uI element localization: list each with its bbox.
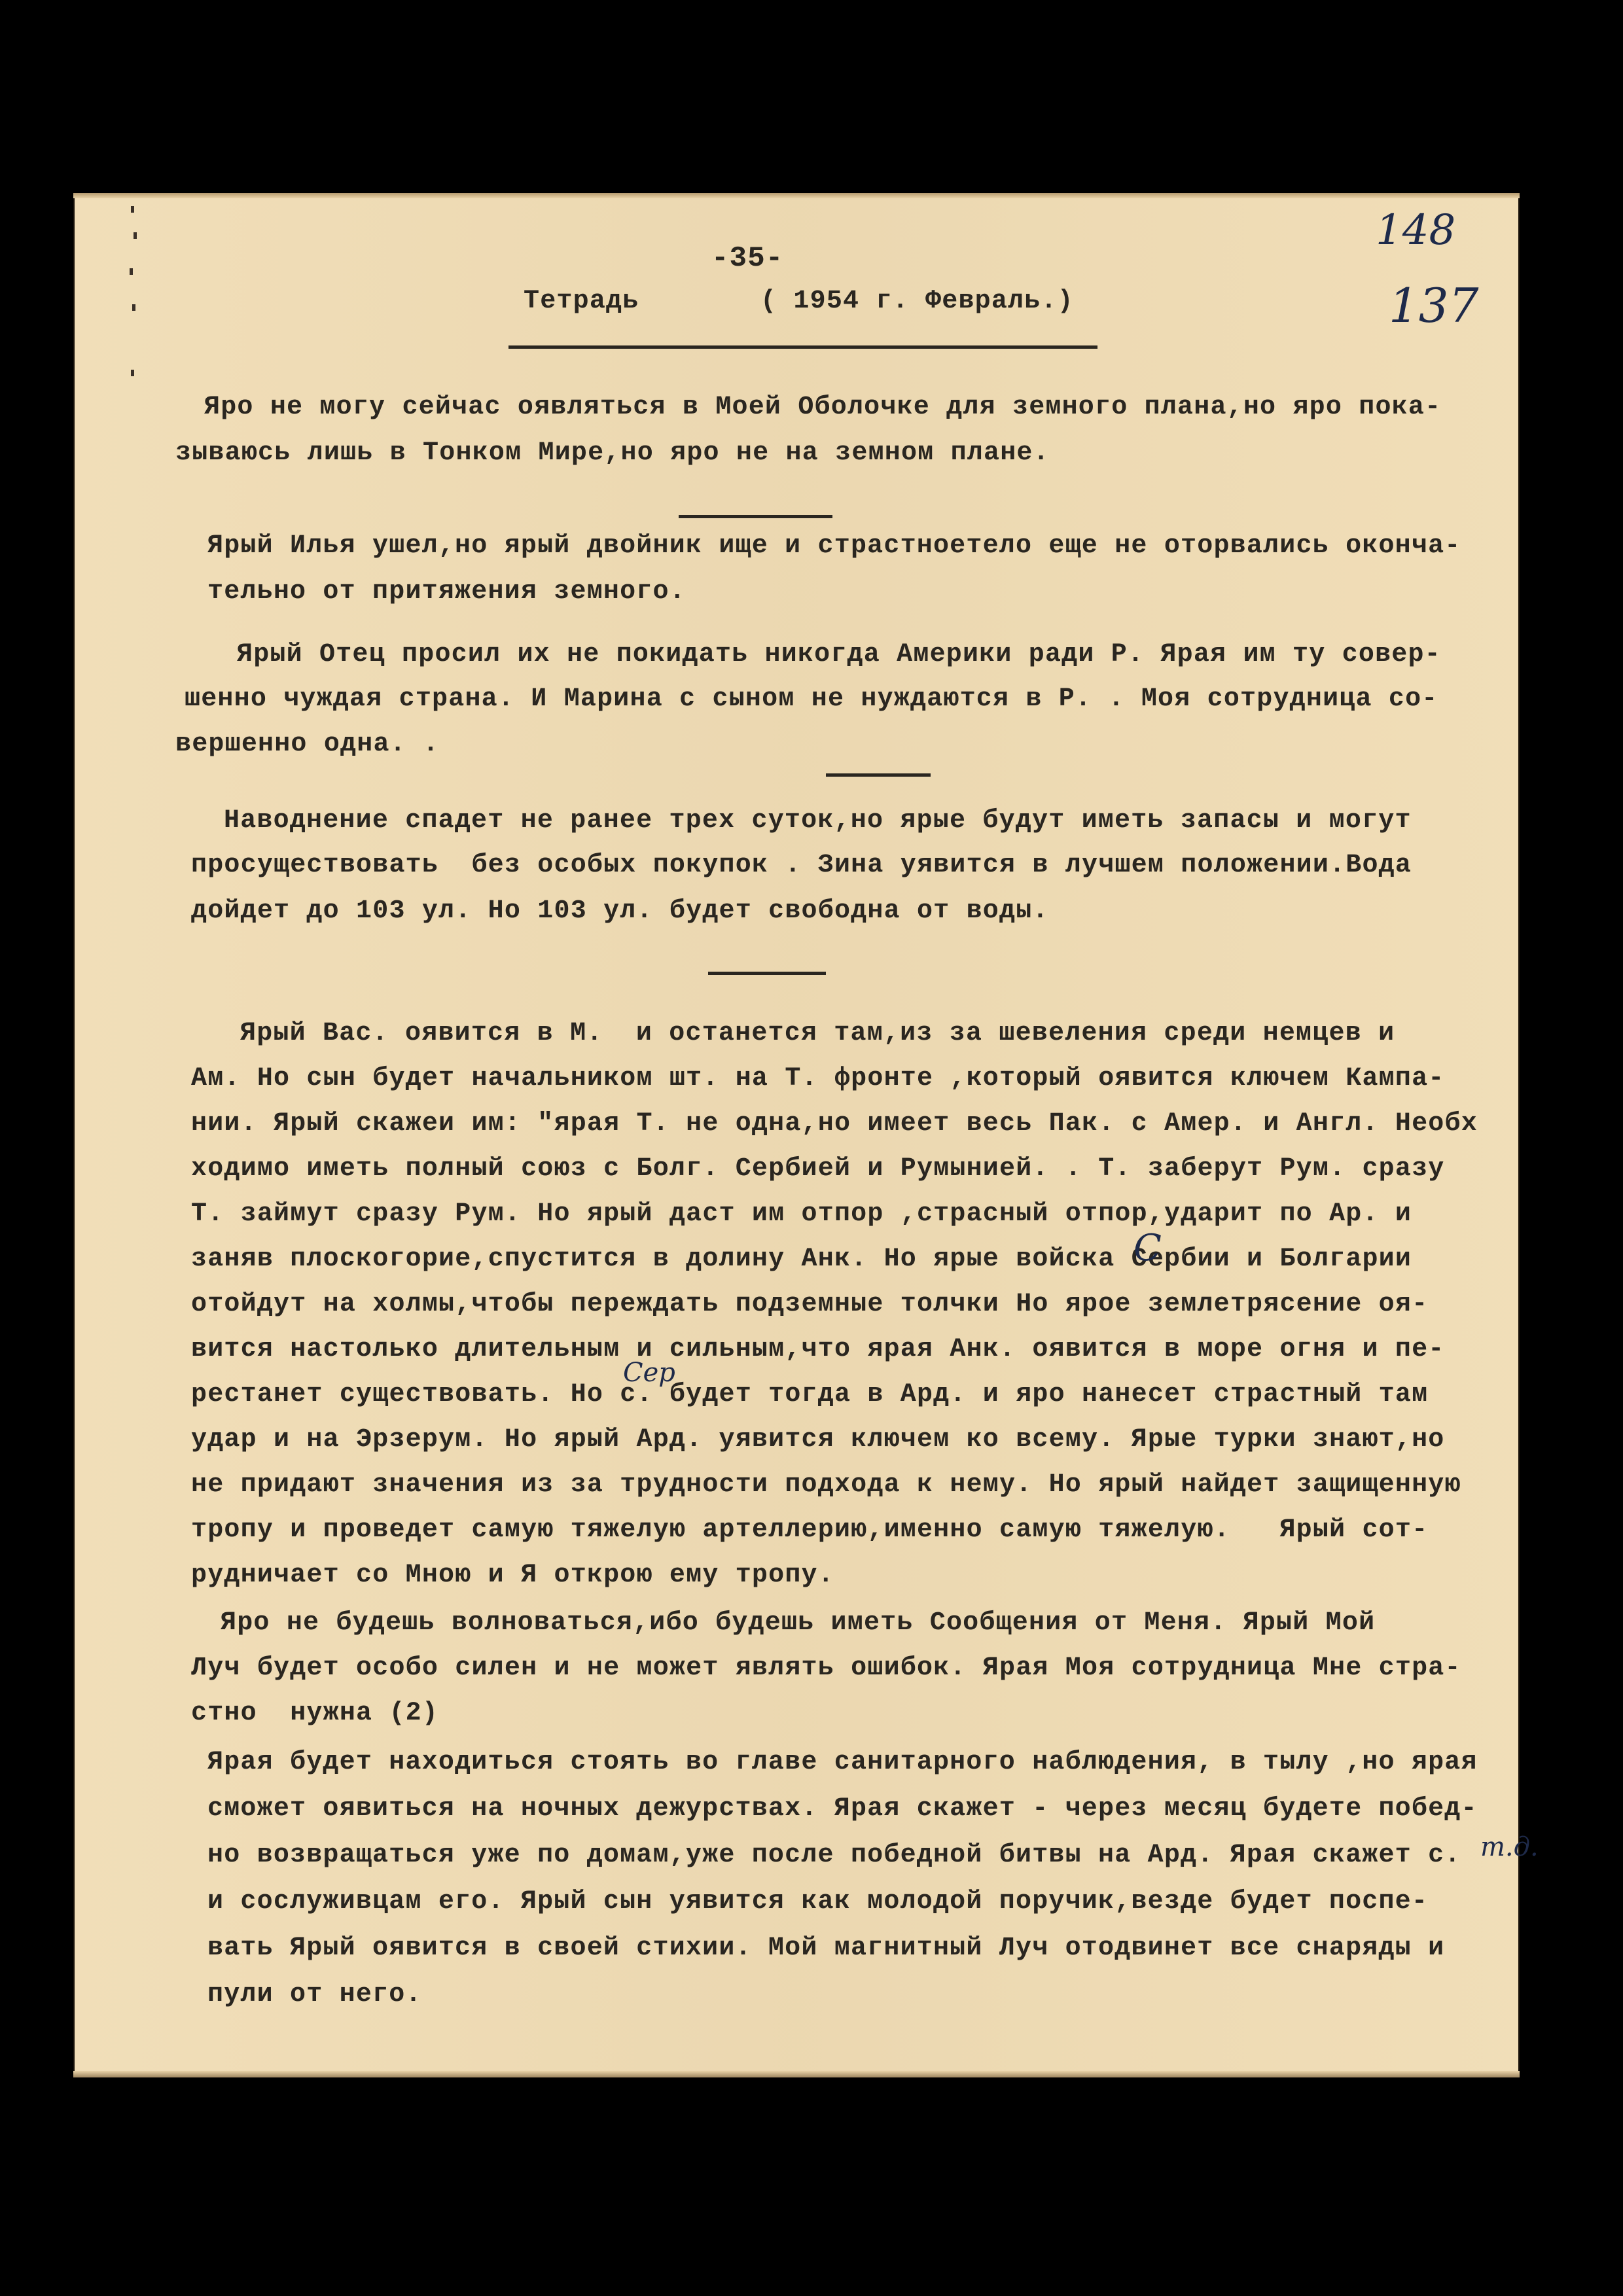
text-line: Т. займут сразу Рум. Но ярый даст им отп… <box>191 1199 1412 1229</box>
text-line: и сослуживцам его. Ярый сын уявится как … <box>207 1887 1428 1916</box>
header-rule <box>508 345 1097 349</box>
text-line: ходимо иметь полный союз с Болг. Сербией… <box>191 1154 1445 1184</box>
margin-mark <box>132 304 135 311</box>
text-line: нии. Ярый скажеи им: "ярая Т. не одна,но… <box>191 1109 1478 1139</box>
notebook-title: Тетрадь <box>524 287 639 316</box>
handwritten-folio-137: 137 <box>1389 278 1478 333</box>
text-line: шенно чуждая страна. И Марина с сыном не… <box>185 684 1438 714</box>
text-line: просуществовать без особых покупок . Зин… <box>191 851 1412 880</box>
text-line: стно нужна (2) <box>191 1699 438 1728</box>
text-line: Ам. Но сын будет начальником шт. на Т. ф… <box>191 1064 1445 1093</box>
margin-mark <box>130 268 133 275</box>
typewritten-page: -35- Тетрадь ( 1954 г. Февраль.) 148 137… <box>73 193 1520 2077</box>
section-rule <box>708 972 826 975</box>
text-line: Луч будет особо силен и не может являть … <box>191 1653 1461 1683</box>
text-line: тельно от притяжения земного. <box>207 577 686 607</box>
section-rule <box>679 515 832 518</box>
text-line: отойдут на холмы,чтобы переждать подземн… <box>191 1290 1428 1319</box>
text-line: Яро не будешь волноваться,ибо будешь име… <box>221 1608 1375 1638</box>
margin-mark <box>131 370 134 376</box>
text-line: сможет оявиться на ночных дежурствах. Яр… <box>207 1794 1478 1824</box>
text-line: вершенно одна. . <box>175 730 439 759</box>
text-line: Ярый Илья ушел,но ярый двойник ище и стр… <box>207 531 1461 561</box>
text-line: Яро не могу сейчас оявляться в Моей Обол… <box>204 393 1441 422</box>
paper-top-edge <box>73 193 1520 198</box>
margin-mark <box>131 206 134 213</box>
handwritten-correction-serbia: С <box>1133 1227 1162 1269</box>
text-line: Наводнение спадет не ранее трех суток,но… <box>224 806 1412 836</box>
text-line: вать Ярый оявится в своей стихии. Мой ма… <box>207 1934 1444 1963</box>
page-number: -35- <box>711 242 783 275</box>
text-line: заняв плоскогорие,спустится в долину Анк… <box>191 1245 1412 1274</box>
text-line: вится настолько длительным и сильным,что… <box>191 1335 1445 1364</box>
text-line: Ярый Вас. оявится в М. и останется там,и… <box>240 1019 1395 1048</box>
text-line: не придают значения из за трудности подх… <box>191 1470 1461 1500</box>
handwritten-line-end-note: т.д. <box>1480 1832 1539 1862</box>
text-line: но возвращаться уже по домам,уже после п… <box>207 1841 1461 1870</box>
notebook-date: ( 1954 г. Февраль.) <box>760 287 1074 316</box>
text-line: пули от него. <box>207 1980 422 2009</box>
text-line: Ярый Отец просил их не покидать никогда … <box>237 640 1441 669</box>
text-line: рестанет существовать. Но с. будет тогда… <box>191 1380 1428 1409</box>
text-line: удар и на Эрзерум. Но ярый Ард. уявится … <box>191 1425 1445 1455</box>
text-line: рудничает со Мною и Я открою ему тропу. <box>191 1561 834 1590</box>
handwritten-note-sergey: Сер <box>623 1358 675 1388</box>
handwritten-folio-148: 148 <box>1376 206 1455 255</box>
section-rule <box>826 773 931 777</box>
text-line: зываюсь лишь в Тонком Мире,но яро не на … <box>175 438 1050 468</box>
text-line: тропу и проведет самую тяжелую артеллери… <box>191 1515 1428 1545</box>
text-line: Ярая будет находиться стоять во главе са… <box>207 1748 1478 1777</box>
text-line: дойдет до 103 ул. Но 103 ул. будет свобо… <box>191 896 1049 926</box>
margin-mark <box>134 232 137 239</box>
paper-bottom-edge <box>73 2071 1520 2077</box>
